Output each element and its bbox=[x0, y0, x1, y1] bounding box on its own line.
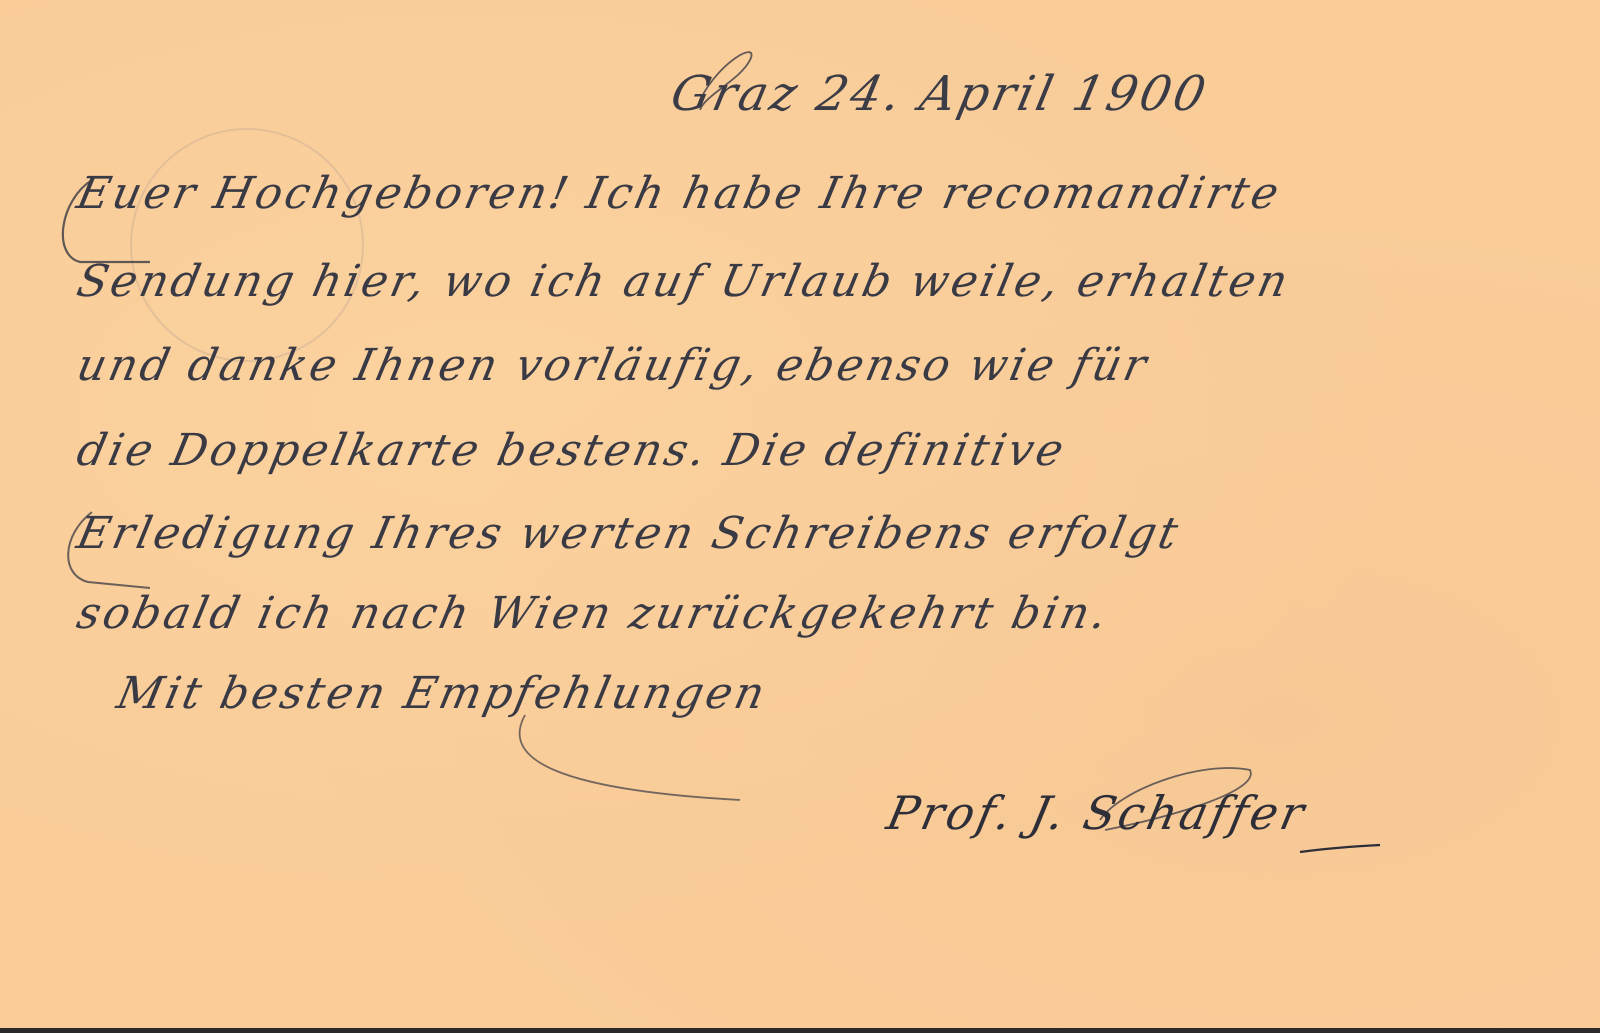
body-line-4: die Doppelkarte bestens. Die definitive bbox=[73, 425, 1071, 476]
body-line-6: sobald ich nach Wien zurückgekehrt bin. bbox=[73, 588, 1115, 639]
body-line-2: Sendung hier, wo ich auf Urlaub weile, e… bbox=[73, 256, 1296, 307]
date-line: Graz 24. April 1900 bbox=[666, 66, 1213, 122]
body-line-5: Erledigung Ihres werten Schreibens erfol… bbox=[73, 508, 1186, 559]
body-line-3: und danke Ihnen vorläufig, ebenso wie fü… bbox=[73, 340, 1154, 391]
faint-postmark-stamp bbox=[130, 128, 364, 362]
closing-line: Mit besten Empfehlungen bbox=[113, 668, 772, 719]
postcard: Graz 24. April 1900 Euer Hochgeboren! Ic… bbox=[0, 0, 1600, 1028]
signature: Prof. J. Schaffer bbox=[882, 786, 1311, 840]
body-line-1: Euer Hochgeboren! Ich habe Ihre recomand… bbox=[73, 168, 1287, 219]
scan-bottom-edge bbox=[0, 1028, 1600, 1033]
